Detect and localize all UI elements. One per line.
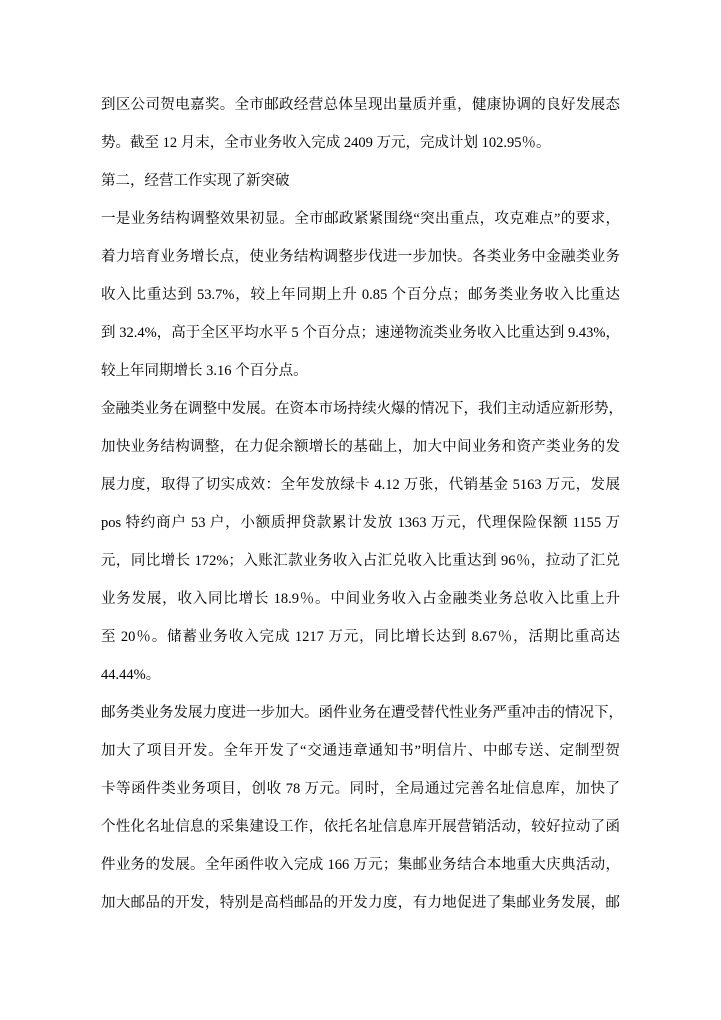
text-line: 邮务类业务发展力度进一步加大。函件业务在遭受替代性业务严重冲击的情况下， (101, 694, 620, 732)
text-line: 势。截至 12 月末，全市业务收入完成 2409 万元，完成计划 102.95％… (101, 124, 620, 162)
text-line: 业务发展，收入同比增长 18.9％。中间业务收入占金融类业务总收入比重上升 (101, 580, 620, 618)
paragraph: 金融类业务在调整中发展。在资本市场持续火爆的情况下，我们主动适应新形势，加快业务… (101, 390, 620, 694)
text-line: 至 20％。储蓄业务收入完成 1217 万元，同比增长达到 8.67％，活期比重… (101, 618, 620, 656)
text-line: 金融类业务在调整中发展。在资本市场持续火爆的情况下，我们主动适应新形势， (101, 390, 620, 428)
text-line: 到区公司贺电嘉奖。全市邮政经营总体呈现出量质并重，健康协调的良好发展态 (101, 86, 620, 124)
text-line: 加大了项目开发。全年开发了“交通违章通知书”明信片、中邮专送、定制型贺 (101, 732, 620, 770)
text-line: 元，同比增长 172%；入账汇款业务收入占汇兑收入比重达到 96％，拉动了汇兑 (101, 542, 620, 580)
text-line: 加大邮品的开发，特别是高档邮品的开发力度，有力地促进了集邮业务发展，邮 (101, 884, 620, 922)
text-line: 第二，经营工作实现了新突破 (101, 162, 620, 200)
text-line: 件业务的发展。全年函件收入完成 166 万元；集邮业务结合本地重大庆典活动， (101, 846, 620, 884)
text-line: 收入比重达到 53.7%，较上年同期上升 0.85 个百分点；邮务类业务收入比重… (101, 276, 620, 314)
text-line: 到 32.4%，高于全区平均水平 5 个百分点；速递物流类业务收入比重达到 9.… (101, 314, 620, 352)
paragraph: 到区公司贺电嘉奖。全市邮政经营总体呈现出量质并重，健康协调的良好发展态势。截至 … (101, 86, 620, 162)
text-line: 加快业务结构调整，在力促余额增长的基础上，加大中间业务和资产类业务的发 (101, 428, 620, 466)
text-line: 较上年同期增长 3.16 个百分点。 (101, 352, 620, 390)
paragraph: 邮务类业务发展力度进一步加大。函件业务在遭受替代性业务严重冲击的情况下，加大了项… (101, 694, 620, 922)
paragraph: 一是业务结构调整效果初显。全市邮政紧紧围绕“突出重点，攻克难点”的要求，着力培育… (101, 200, 620, 390)
text-line: pos 特约商户 53 户，小额质押贷款累计发放 1363 万元，代理保险保额 … (101, 504, 620, 542)
text-line: 着力培育业务增长点，使业务结构调整步伐进一步加快。各类业务中金融类业务 (101, 238, 620, 276)
text-line: 个性化名址信息的采集建设工作，依托名址信息库开展营销活动，较好拉动了函 (101, 808, 620, 846)
document-page: 到区公司贺电嘉奖。全市邮政经营总体呈现出量质并重，健康协调的良好发展态势。截至 … (0, 0, 721, 1020)
text-line: 卡等函件类业务项目，创收 78 万元。同时，全局通过完善名址信息库，加快了 (101, 770, 620, 808)
document-text-block: 到区公司贺电嘉奖。全市邮政经营总体呈现出量质并重，健康协调的良好发展态势。截至 … (101, 86, 620, 922)
text-line: 一是业务结构调整效果初显。全市邮政紧紧围绕“突出重点，攻克难点”的要求， (101, 200, 620, 238)
paragraph: 第二，经营工作实现了新突破 (101, 162, 620, 200)
text-line: 展力度，取得了切实成效：全年发放绿卡 4.12 万张，代销基金 5163 万元，… (101, 466, 620, 504)
text-line: 44.44%。 (101, 656, 620, 694)
